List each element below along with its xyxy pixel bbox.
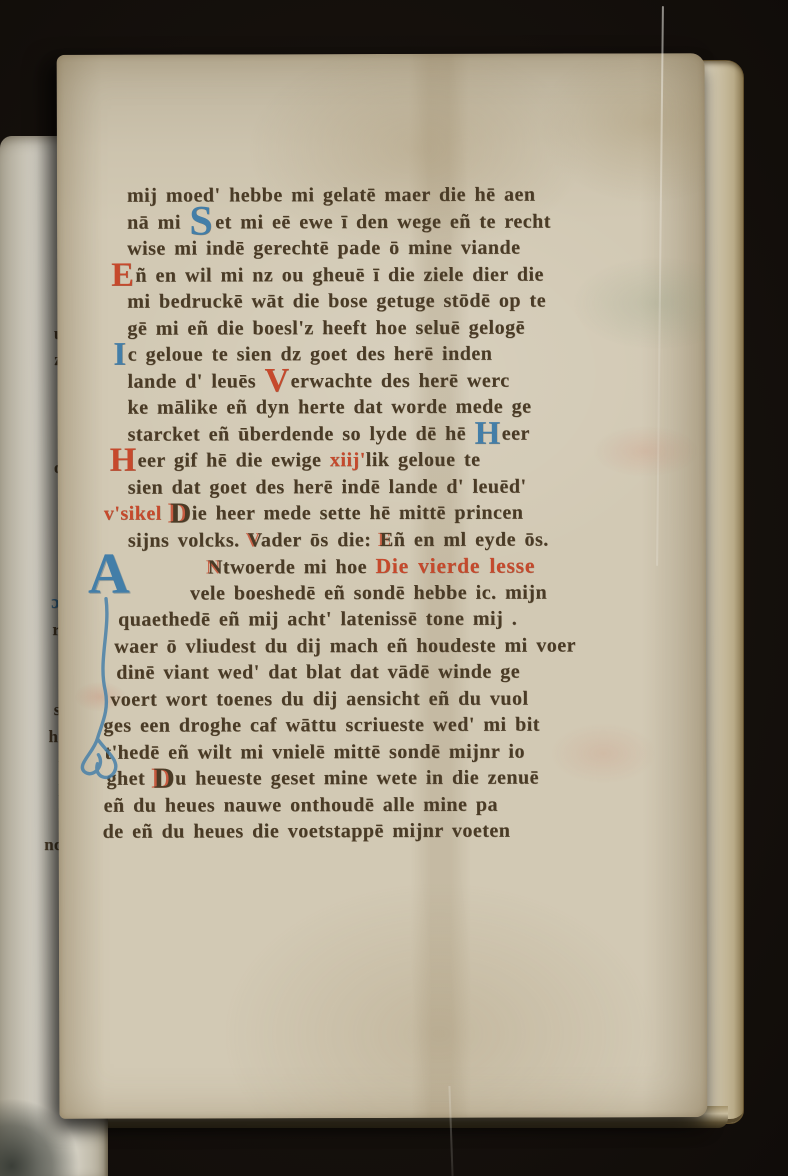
text-line: nā mi Set mi eē ewe ī den wege eñ te rec… — [127, 208, 667, 236]
decorated-initial: I — [113, 337, 126, 373]
text-line: mi bedruckē wāt die bose getuge stōdē op… — [127, 287, 667, 315]
text-segment: nā mi — [127, 211, 189, 233]
text-line: ke mālike eñ dyn herte dat worde mede ge — [127, 393, 667, 421]
text-line: ghet Du heueste geset mine wete in die z… — [106, 764, 668, 792]
initial-flourish-icon — [72, 595, 145, 795]
text-segment: eñ du heues nauwe onthoudē alle mine pa — [104, 793, 499, 816]
text-segment: ke mālike eñ dyn herte dat worde mede ge — [128, 396, 532, 419]
text-segment: sijns volcks. — [128, 529, 248, 551]
text-segment: starcket eñ ūberdende so lyde dē hē — [128, 422, 475, 445]
decorated-initial: S — [189, 198, 213, 244]
text-segment: eer gif hē die ewige — [138, 449, 330, 472]
text-line: ges een droghe caf wāttu scriueste wed' … — [103, 711, 668, 739]
text-line: lande d' leuēs Verwachte des herē werc — [127, 367, 667, 395]
text-segment: twoerde mi hoe — [223, 556, 376, 578]
text-segment: et mi eē ewe ī den wege eñ te recht — [215, 210, 551, 233]
text-line: de eñ du heues die voetstappē mijnr voet… — [103, 817, 669, 845]
text-line: gē mi eñ die boesl'z heeft hoe seluē gel… — [127, 314, 667, 342]
text-segment: D — [154, 763, 176, 795]
text-segment: ges een droghe caf wāttu scriueste wed' … — [103, 714, 540, 737]
text-segment: eer — [502, 422, 530, 444]
text-segment: c geloue te sien dz goet des herē inden — [128, 343, 493, 366]
manuscript-photo: ghen setēōtrudsel icsel icuse dēz ic sup… — [0, 0, 788, 1176]
text-line: sijns volcks. Vader ōs die: Eñ en ml eyd… — [128, 526, 668, 554]
decorated-initial: H — [110, 442, 137, 479]
text-segment: v'sikel — [104, 503, 171, 525]
text-line: quaethedē eñ mij acht' latenissē tone mi… — [118, 605, 668, 633]
text-segment: quaethedē eñ mij acht' latenissē tone mi… — [118, 608, 517, 631]
decorated-initial: H — [475, 415, 501, 451]
text-segment: erwachte des herē werc — [291, 369, 510, 392]
text-line: starcket eñ ūberdende so lyde dē hē Heer — [128, 420, 668, 448]
text-segment: mi bedruckē wāt die bose getuge stōdē op… — [127, 290, 546, 313]
text-segment: vele boeshedē eñ sondē hebbe ic. mijn — [190, 581, 547, 604]
text-segment: ader ōs die: — [261, 529, 380, 551]
decorated-initial: E — [111, 256, 134, 293]
text-segment: D — [170, 497, 192, 529]
manuscript-page: mij moed' hebbe mi gelatē maer die hē ae… — [57, 53, 708, 1119]
text-line: Heer gif hē die ewige xiij'lik geloue te — [110, 446, 668, 474]
text-segment: gē mi eñ die boesl'z heeft hoe seluē gel… — [127, 316, 525, 339]
text-segment: ie heer mede sette hē mittē princen — [192, 502, 524, 525]
text-line: eñ du heues nauwe onthoudē alle mine pa — [104, 791, 669, 819]
text-segment: voert wort toenes du dij aensicht eñ du … — [110, 687, 528, 710]
text-line: sien dat goet des herē indē lande d' leu… — [128, 473, 668, 501]
text-segment: lik geloue te — [366, 449, 481, 471]
text-line: dinē viant wed' dat blat dat vādē winde … — [116, 658, 668, 686]
text-block: mij moed' hebbe mi gelatē maer die hē ae… — [127, 181, 669, 845]
text-segment: ñ en ml eyde ōs. — [394, 528, 549, 550]
text-segment: xiij' — [330, 449, 366, 471]
text-line: v'sikel Die heer mede sette hē mittē pri… — [104, 499, 668, 527]
text-segment: lande d' leuēs — [127, 370, 264, 392]
text-segment: t'hedē eñ wilt mi vnielē mittē sondē mij… — [104, 740, 525, 763]
rubric-text: Die vierde lesse — [375, 554, 535, 578]
text-segment: dinē viant wed' dat blat dat vādē winde … — [116, 661, 520, 684]
text-segment: E — [380, 528, 394, 550]
text-segment: V — [248, 529, 261, 551]
text-segment: u heueste geset mine wete in die zenuē — [175, 767, 539, 790]
text-line: Ntwoerde mi hoe Die vierde lesse — [208, 552, 668, 580]
text-line: Ic geloue te sien dz goet des herē inden — [113, 340, 667, 368]
text-line: vele boeshedē eñ sondē hebbe ic. mijn — [190, 579, 668, 607]
text-line: t'hedē eñ wilt mi vnielē mittē sondē mij… — [104, 738, 668, 766]
text-line: voert wort toenes du dij aensicht eñ du … — [110, 685, 668, 713]
text-segment: waer ō vliudest du dij mach eñ houdeste … — [114, 634, 576, 657]
text-line: Eñ en wil mi nz ou gheuē ī die ziele die… — [111, 261, 667, 289]
text-line: waer ō vliudest du dij mach eñ houdeste … — [114, 632, 668, 660]
text-segment: sien dat goet des herē indē lande d' leu… — [128, 475, 527, 498]
text-segment: N — [208, 556, 223, 578]
text-segment: de eñ du heues die voetstappē mijnr voet… — [103, 820, 511, 843]
decorated-initial: V — [264, 362, 289, 399]
text-segment: ñ en wil mi nz ou gheuē ī die ziele dier… — [135, 263, 544, 286]
text-segment: wise mi indē gerechtē pade ō mine viande — [127, 237, 520, 260]
